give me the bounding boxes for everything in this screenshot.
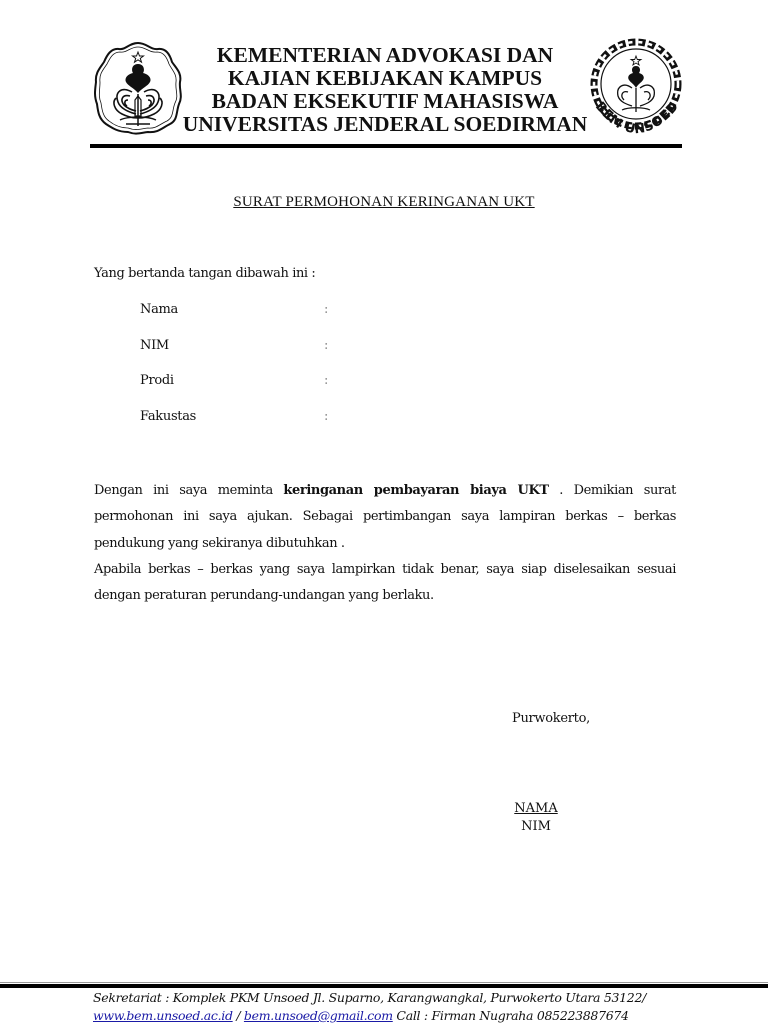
- letterhead-line-4: UNIVERSITAS JENDERAL SOEDIRMAN: [180, 113, 590, 136]
- letter-title: SURAT PERMOHONAN KERINGANAN UKT: [0, 194, 768, 211]
- footer-call: Call : Firman Nugraha 085223887674: [393, 1008, 629, 1023]
- letterhead-line-2: KAJIAN KEBIJAKAN KAMPUS: [180, 67, 590, 90]
- footer-separator: /: [233, 1008, 244, 1023]
- intro-text: Yang bertanda tangan dibawah ini :: [94, 266, 315, 281]
- paragraph-statement: Apabila berkas – berkas yang saya lampir…: [94, 557, 676, 610]
- footer-contact: www.bem.unsoed.ac.id / bem.unsoed@gmail.…: [93, 1007, 646, 1024]
- signature-block: NAMA NIM: [506, 800, 566, 836]
- bem-unsoed-emblem-icon: BEM UNSOED: [588, 38, 684, 152]
- place-date: Purwokerto,: [512, 711, 590, 726]
- field-label: Nama: [140, 302, 178, 317]
- signature-id: NIM: [506, 818, 566, 836]
- letterhead-title: KEMENTERIAN ADVOKASI DAN KAJIAN KEBIJAKA…: [180, 44, 590, 136]
- paragraph-emphasis: keringanan pembayaran biaya UKT: [283, 483, 548, 498]
- field-separator: :: [324, 302, 328, 317]
- footer-divider-thin: [0, 982, 768, 983]
- svg-text:BEM UNSOED: BEM UNSOED: [592, 99, 682, 137]
- signature-name: NAMA: [506, 800, 566, 818]
- field-separator: :: [324, 409, 328, 424]
- footer-divider: [0, 984, 768, 988]
- letterhead-line-3: BADAN EKSEKUTIF MAHASISWA: [180, 90, 590, 113]
- field-label: Fakustas: [140, 409, 196, 424]
- footer-address: Sekretariat : Komplek PKM Unsoed Jl. Sup…: [93, 989, 646, 1007]
- field-label: NIM: [140, 338, 169, 353]
- website-link[interactable]: www.bem.unsoed.ac.id: [93, 1008, 233, 1023]
- field-separator: :: [324, 338, 328, 353]
- letterhead-line-1: KEMENTERIAN ADVOKASI DAN: [180, 44, 590, 67]
- paragraph-request: Dengan ini saya meminta keringanan pemba…: [94, 478, 676, 557]
- letter-body: Dengan ini saya meminta keringanan pemba…: [94, 478, 676, 609]
- paragraph-text: Dengan ini saya meminta: [94, 483, 283, 498]
- field-label: Prodi: [140, 373, 174, 388]
- footer: Sekretariat : Komplek PKM Unsoed Jl. Sup…: [93, 989, 646, 1024]
- unsoed-emblem-icon: [92, 40, 184, 136]
- email-link[interactable]: bem.unsoed@gmail.com: [244, 1008, 393, 1023]
- field-separator: :: [324, 373, 328, 388]
- letterhead-divider: [90, 144, 682, 148]
